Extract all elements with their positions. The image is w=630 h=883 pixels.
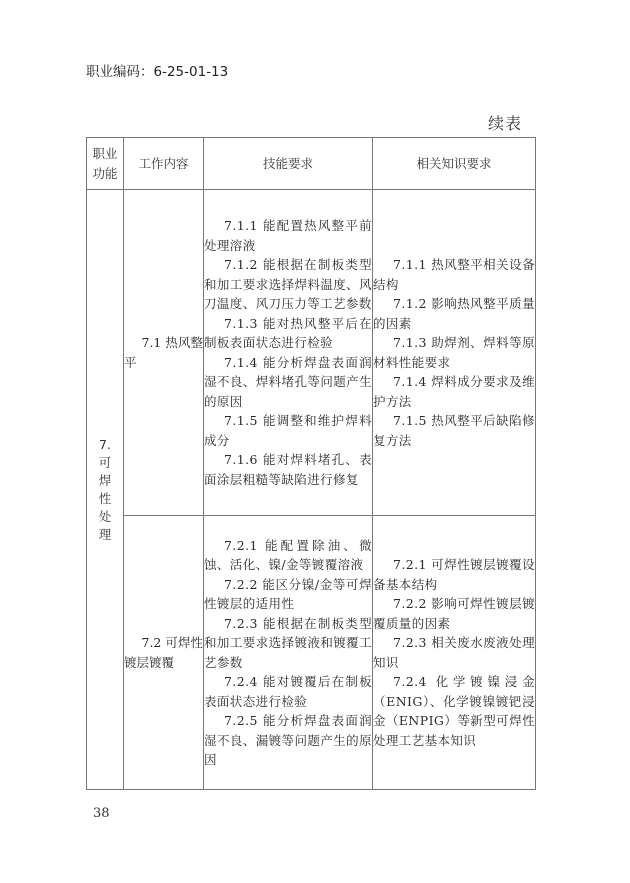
- skills-cell: 7.1.1 能配置热风整平前处理溶液 7.1.2 能根据在制板类型和加工要求选择…: [204, 190, 373, 516]
- page-number: 38: [93, 806, 110, 821]
- skill-item: 7.2.4 能对镀覆后在制板表面状态进行检验: [204, 672, 372, 711]
- knowledge-cell: 7.1.1 热风整平相关设备结构 7.1.2 影响热风整平质量的因素 7.1.3…: [373, 190, 536, 516]
- knowledge-item: 7.1.5 热风整平后缺陷修复方法: [373, 411, 535, 450]
- skill-item: 7.2.1 能配置除油、微蚀、活化、镍/金等镀覆溶液: [204, 536, 372, 575]
- knowledge-item: 7.1.3 助焊剂、焊料等原材料性能要求: [373, 333, 535, 372]
- table-header-row: 职业功能 工作内容 技能要求 相关知识要求: [87, 138, 536, 190]
- function-cell: 7. 可焊性处理: [87, 190, 124, 790]
- continued-table-label: 续表: [488, 111, 522, 134]
- knowledge-item: 7.1.1 热风整平相关设备结构: [373, 255, 535, 294]
- skills-cell: 7.2.1 能配置除油、微蚀、活化、镍/金等镀覆溶液 7.2.2 能区分镍/金等…: [204, 516, 373, 790]
- work-content-text: 7.2 可焊性镀层镀覆: [124, 633, 203, 672]
- knowledge-item: 7.1.2 影响热风整平质量的因素: [373, 294, 535, 333]
- column-header-function: 职业功能: [87, 138, 124, 190]
- column-header-work-content: 工作内容: [124, 138, 204, 190]
- knowledge-item: 7.2.3 相关废水废液处理知识: [373, 633, 535, 672]
- skill-item: 7.2.2 能区分镍/金等可焊性镀层的适用性: [204, 575, 372, 614]
- skill-item: 7.1.6 能对焊料堵孔、表面涂层粗糙等缺陷进行修复: [204, 450, 372, 489]
- column-header-knowledge-requirements: 相关知识要求: [373, 138, 536, 190]
- knowledge-item: 7.1.4 焊料成分要求及维护方法: [373, 372, 535, 411]
- knowledge-item: 7.2.4 化学镀镍浸金（ENIG）、化学镀镍镀钯浸金（ENPIG）等新型可焊性…: [373, 672, 535, 750]
- skill-item: 7.1.1 能配置热风整平前处理溶液: [204, 216, 372, 255]
- function-number: 7.: [87, 435, 123, 455]
- work-content-cell: 7.1 热风整平: [124, 190, 204, 516]
- function-name: 可焊性处理: [98, 454, 112, 544]
- work-content-cell: 7.2 可焊性镀层镀覆: [124, 516, 204, 790]
- skill-item: 7.1.4 能分析焊盘表面润湿不良、焊料堵孔等问题产生的原因: [204, 353, 372, 412]
- skill-item: 7.2.3 能根据在制板类型和加工要求选择镀液和镀覆工艺参数: [204, 614, 372, 673]
- column-header-skill-requirements: 技能要求: [204, 138, 373, 190]
- skill-item: 7.1.3 能对热风整平后在制板表面状态进行检验: [204, 314, 372, 353]
- skill-item: 7.1.5 能调整和维护焊料成分: [204, 411, 372, 450]
- occupation-code: 职业编码：6-25-01-13: [86, 60, 228, 80]
- knowledge-cell: 7.2.1 可焊性镀层镀覆设备基本结构 7.2.2 影响可焊性镀层镀覆质量的因素…: [373, 516, 536, 790]
- work-content-text: 7.1 热风整平: [124, 333, 203, 372]
- occupation-skill-table: 职业功能 工作内容 技能要求 相关知识要求 7. 可焊性处理 7.1 热风整平 …: [86, 137, 536, 790]
- table-row: 7.2 可焊性镀层镀覆 7.2.1 能配置除油、微蚀、活化、镍/金等镀覆溶液 7…: [87, 516, 536, 790]
- skill-item: 7.2.5 能分析焊盘表面润湿不良、漏镀等问题产生的原因: [204, 711, 372, 770]
- knowledge-item: 7.2.2 影响可焊性镀层镀覆质量的因素: [373, 594, 535, 633]
- knowledge-item: 7.2.1 可焊性镀层镀覆设备基本结构: [373, 555, 535, 594]
- table-row: 7. 可焊性处理 7.1 热风整平 7.1.1 能配置热风整平前处理溶液 7.1…: [87, 190, 536, 516]
- skill-item: 7.1.2 能根据在制板类型和加工要求选择焊料温度、风刀温度、风刀压力等工艺参数: [204, 255, 372, 314]
